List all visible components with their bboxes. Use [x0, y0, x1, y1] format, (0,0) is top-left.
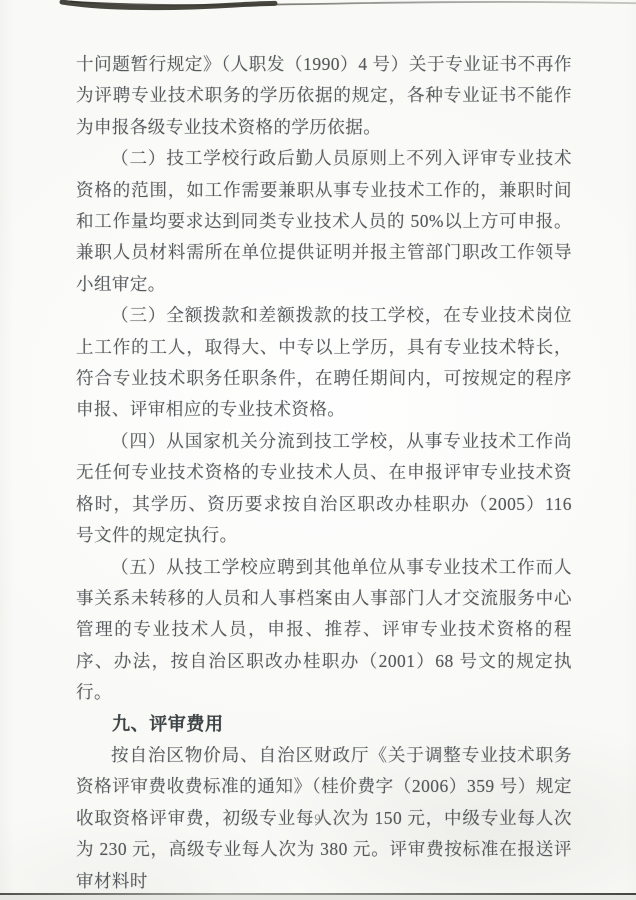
scanned-document-page: 十问题暂行规定》（人职发（1990）4 号）关于专业证书不再作为评聘专业技术职务…	[0, 0, 636, 900]
scan-edge-strip-bottom	[0, 895, 636, 900]
page-number: 9	[0, 812, 636, 827]
paragraph-item-5: （五）从技工学校应聘到其他单位从事专业技术工作而人事关系未转移的人员和人事档案由…	[76, 552, 572, 709]
paragraph-item-3: （三）全额拨款和差额拨款的技工学校，在专业技术岗位上工作的工人，取得大、中专以上…	[76, 300, 572, 426]
paragraph-continuation: 十问题暂行规定》（人职发（1990）4 号）关于专业证书不再作为评聘专业技术职务…	[76, 49, 572, 143]
paragraph-item-4: （四）从国家机关分流到技工学校，从事专业技术工作尚无任何专业技术资格的专业技术人…	[76, 426, 572, 552]
document-text-block: 十问题暂行规定》（人职发（1990）4 号）关于专业证书不再作为评聘专业技术职务…	[76, 49, 572, 897]
paragraph-item-2: （二）技工学校行政后勤人员原则上不列入评审专业技术资格的范围，如工作需要兼职从事…	[76, 143, 572, 300]
section-heading: 九、评审费用	[76, 709, 572, 740]
scan-edge-artifact-top	[0, 0, 636, 16]
